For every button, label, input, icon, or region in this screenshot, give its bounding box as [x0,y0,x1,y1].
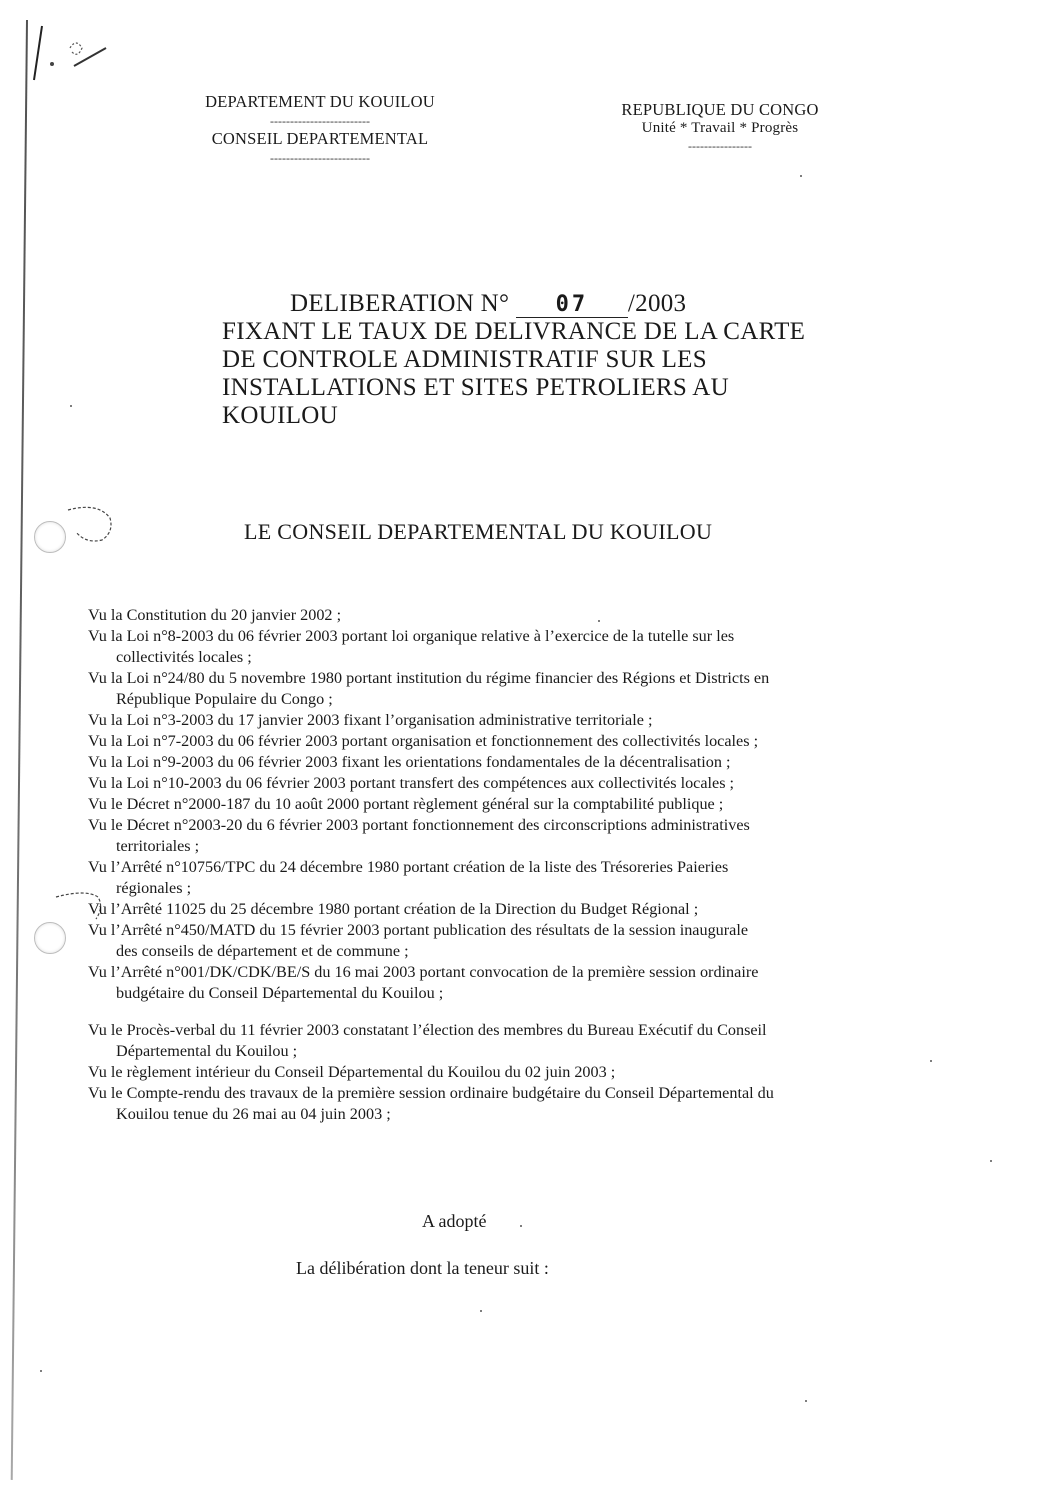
visa-item: Vu le Procès-verbal du 11 février 2003 c… [88,1020,774,1062]
header-left-separator-1: ------------------------- [185,114,455,129]
scan-speck [800,175,802,177]
visa-item: Vu l’Arrêté n°450/MATD du 15 février 200… [88,920,774,962]
visas-list: Vu la Constitution du 20 janvier 2002 ; … [88,605,774,1125]
header-left: DEPARTEMENT DU KOUILOU -----------------… [185,92,455,166]
header-left-separator-2: ------------------------- [185,151,455,166]
scan-speck [598,620,600,622]
deliberation-number: 07 [516,293,628,318]
scan-speck [520,1225,522,1227]
visa-item: Vu le Compte-rendu des travaux de la pre… [88,1083,774,1125]
visa-item: Vu la Loi n°24/80 du 5 novembre 1980 por… [88,668,774,710]
visa-item: Vu la Loi n°3-2003 du 17 janvier 2003 fi… [88,710,774,731]
visa-item: Vu la Constitution du 20 janvier 2002 ; [88,605,774,626]
scan-speck [480,1310,482,1312]
department-name: DEPARTEMENT DU KOUILOU [185,92,455,112]
title-line-2: DE CONTROLE ADMINISTRATIF SUR LES [222,346,805,374]
visa-item: Vu la Loi n°10-2003 du 06 février 2003 p… [88,773,774,794]
deliberation-prefix: DELIBERATION N° [290,290,509,317]
visa-item: Vu la Loi n°9-2003 du 06 février 2003 fi… [88,752,774,773]
council-heading: LE CONSEIL DEPARTEMENTAL DU KOUILOU [244,519,712,545]
deliberation-intro: La délibération dont la teneur suit : [296,1258,549,1279]
header-right: REPUBLIQUE DU CONGO Unité * Travail * Pr… [595,100,845,154]
national-motto: Unité * Travail * Progrès [595,120,845,137]
visa-item: Vu le Décret n°2000-187 du 10 août 2000 … [88,794,774,815]
deliberation-year: /2003 [628,290,686,317]
visa-item: Vu la Loi n°7-2003 du 06 février 2003 po… [88,731,774,752]
adopted-label: A adopté [422,1211,487,1232]
visa-item: Vu l’Arrêté n°001/DK/CDK/BE/S du 16 mai … [88,962,774,1004]
title-line-1: FIXANT LE TAUX DE DELIVRANCE DE LA CARTE [222,318,805,346]
pen-loop-mark-icon [60,502,120,552]
republic-name: REPUBLIQUE DU CONGO [595,100,845,120]
visa-item: Vu le règlement intérieur du Conseil Dép… [88,1062,774,1083]
council-name: CONSEIL DEPARTEMENTAL [185,129,455,149]
visa-item: Vu l’Arrêté n°10756/TPC du 24 décembre 1… [88,857,774,899]
deliberation-title: DELIBERATION N° 07/2003 FIXANT LE TAUX D… [222,290,805,430]
title-line-3: INSTALLATIONS ET SITES PETROLIERS AU [222,374,805,402]
scan-speck [40,1370,42,1372]
scan-speck [805,1400,807,1402]
scan-speck [930,1060,932,1062]
handwritten-mark-icon [30,18,120,88]
punch-hole-bottom [34,922,66,954]
visa-item: Vu la Loi n°8-2003 du 06 février 2003 po… [88,626,774,668]
scan-margin-line [11,20,28,1480]
scan-speck [70,405,72,407]
visa-item: Vu le Décret n°2003-20 du 6 février 2003… [88,815,774,857]
header-right-separator: ---------------- [595,139,845,154]
scan-speck [990,1160,992,1162]
title-line-4: KOUILOU [222,402,805,430]
visa-item: Vu l’Arrêté 11025 du 25 décembre 1980 po… [88,899,774,920]
